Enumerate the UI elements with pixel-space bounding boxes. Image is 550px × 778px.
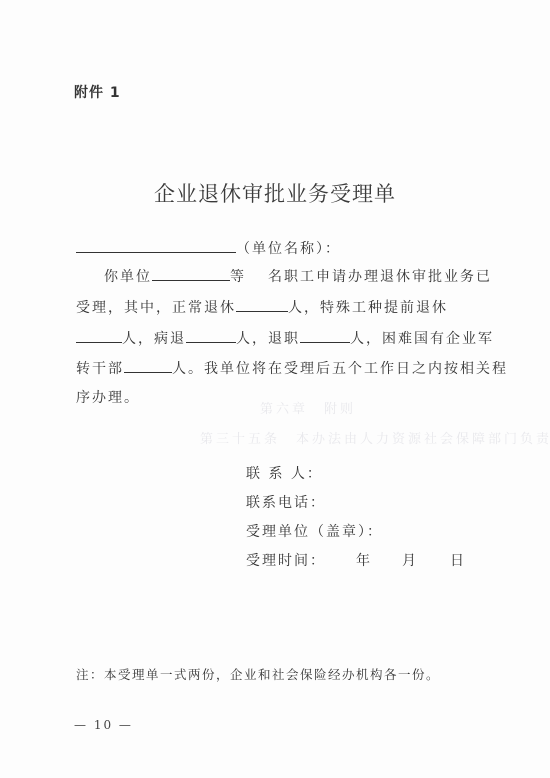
bleed-through-text: 第六章 附则 (260, 398, 356, 417)
receiving-unit-label: 受理单位（盖章）： (246, 521, 383, 541)
year-label: 年 (356, 550, 372, 570)
text: 人，病退 (122, 331, 186, 347)
paragraph-line-5: 序办理。 (76, 387, 140, 407)
unit-blank[interactable] (152, 266, 230, 281)
text: 名职工申请办理退休审批业务已 (268, 269, 492, 285)
military-cadre-blank[interactable] (124, 358, 172, 373)
footnote: 注：本受理单一式两份，企业和社会保险经办机构各一份。 (76, 665, 440, 683)
paragraph-line-2: 受理，其中，正常退休人，特殊工种提前退休 (76, 297, 448, 317)
form-title: 企业退休审批业务受理单 (0, 178, 550, 208)
text: 你单位 (104, 269, 152, 285)
day-label: 日 (450, 550, 466, 570)
bleed-through-text: 第三十五条 本办法由人力资源社会保障部门负责解释 (200, 428, 550, 447)
normal-retire-blank[interactable] (236, 297, 288, 312)
text: 人，困难国有企业军 (350, 331, 494, 347)
paragraph-line-1: 你单位等名职工申请办理退休审批业务已 (104, 266, 492, 286)
receive-time-label: 受理时间： (246, 550, 326, 570)
document-page: 第六章 附则 第三十五条 本办法由人力资源社会保障部门负责解释 附件 1 企业退… (0, 0, 550, 778)
unit-name-label: （单位名称）： (236, 241, 341, 257)
paragraph-line-3: 人，病退人，退职人，困难国有企业军 (76, 328, 494, 348)
attachment-label: 附件 1 (74, 82, 121, 102)
page-number: — 10 — (74, 718, 133, 732)
text: 人。我单位将在受理后五个工作日之内按相关程 (172, 361, 508, 377)
text: 人，特殊工种提前退休 (288, 300, 448, 316)
special-retire-blank[interactable] (76, 328, 122, 343)
sick-retire-blank[interactable] (186, 328, 236, 343)
contact-person-label: 联 系 人： (246, 463, 323, 483)
contact-phone-label: 联系电话： (246, 492, 326, 512)
text: 人，退职 (236, 331, 300, 347)
paragraph-line-4: 转干部人。我单位将在受理后五个工作日之内按相关程 (76, 358, 508, 378)
text: 转干部 (76, 361, 124, 377)
month-label: 月 (402, 550, 418, 570)
text: 受理，其中，正常退休 (76, 300, 236, 316)
unit-name-blank[interactable] (76, 238, 236, 253)
resign-blank[interactable] (300, 328, 350, 343)
text: 等 (230, 269, 246, 285)
unit-name-line: （单位名称）： (76, 238, 341, 258)
